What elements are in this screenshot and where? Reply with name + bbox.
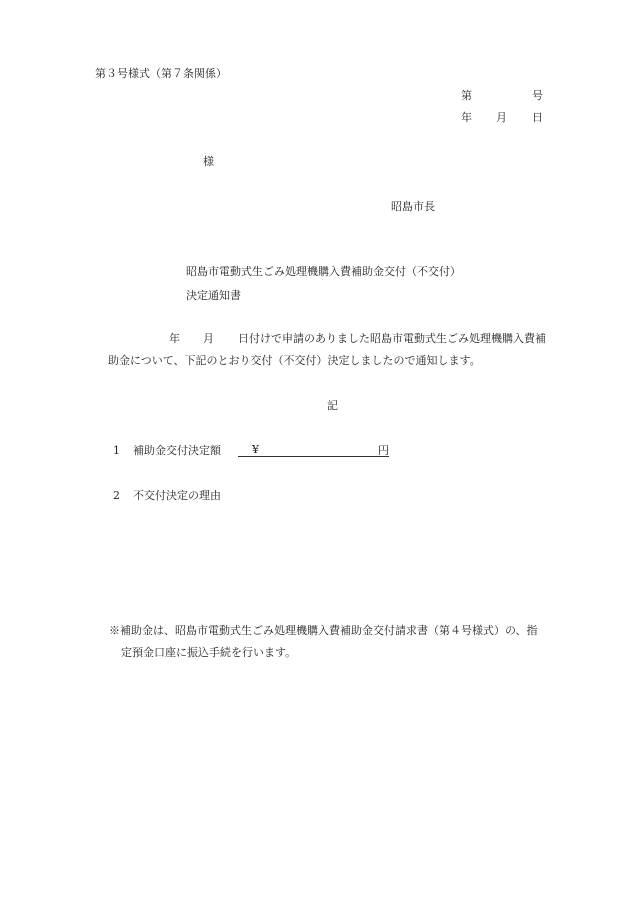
item-2-number: 2 [113,489,120,503]
item-1-number: 1 [113,444,120,458]
addressee-suffix: 様 [203,155,214,169]
number-prefix: 第 [461,89,472,103]
body-line-1: 日付けで申請のありました昭島市電動式生ごみ処理機購入費補 [238,332,546,346]
item-2-label: 不交付決定の理由 [133,489,221,503]
body-year: 年 [169,332,180,346]
date-year: 年 [461,111,472,125]
issuer: 昭島市長 [391,200,435,214]
date-day: 日 [532,111,543,125]
note-line-1: ※補助金は、昭島市電動式生ごみ処理機購入費補助金交付請求書（第４号様式）の、指 [109,624,538,638]
amount-underline [238,456,389,457]
title-line-1: 昭島市電動式生ごみ処理機購入費補助金交付（不交付） [186,265,461,279]
form-label: 第３号様式（第７条関係） [95,67,227,81]
date-month: 月 [496,111,507,125]
body-month: 月 [203,332,214,346]
note-line-2: 定預金口座に振込手続を行います。 [121,646,296,660]
number-suffix: 号 [532,89,543,103]
item-1-label: 補助金交付決定額 [133,444,221,458]
amount-currency: ¥ [252,443,259,457]
title-line-2: 決定通知書 [186,289,241,303]
ki-heading: 記 [327,399,338,413]
body-line-2: 助金について、下記のとおり交付（不交付）決定しましたので通知します。 [108,354,481,368]
